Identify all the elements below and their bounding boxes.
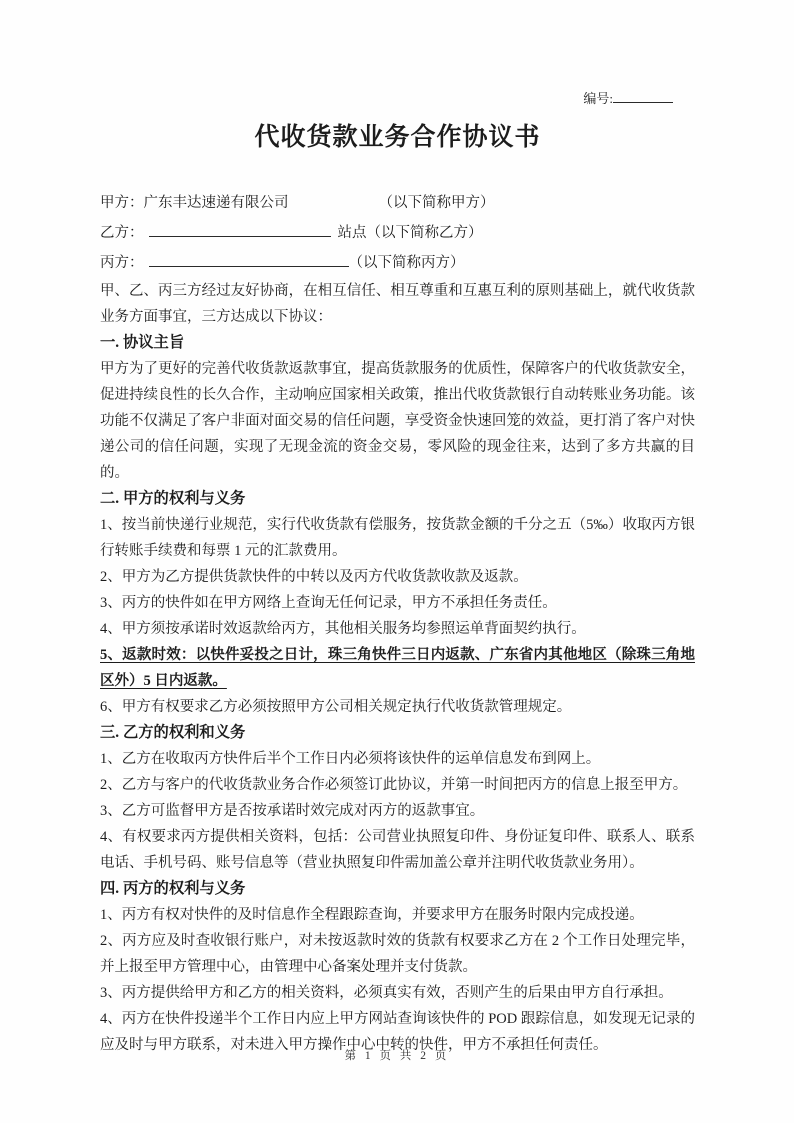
party-c-label: 丙方： [100, 255, 144, 271]
document-title: 代收货款业务合作协议书 [100, 120, 695, 156]
section-3-item-4: 4、有权要求丙方提供相关资料，包括：公司营业执照复印件、身份证复印件、联系人、联… [100, 824, 695, 876]
section-1-heading: 一. 协议主旨 [100, 330, 695, 356]
page-number-footer: 第 1 页 共 2 页 [0, 1047, 794, 1063]
party-b-suffix: 站点（以下简称乙方） [338, 225, 483, 241]
preamble-paragraph: 甲、乙、丙三方经过友好协商，在相互信任、相互尊重和互惠互利的原则基础上，就代收货… [100, 278, 695, 330]
party-b-label: 乙方： [100, 225, 144, 241]
section-2-item-1: 1、按当前快递行业规范，实行代收货款有偿服务，按货款金额的千分之五（5‰）收取丙… [100, 512, 695, 564]
party-b-blank-line [149, 224, 331, 237]
section-1-paragraph: 甲方为了更好的完善代收货款返款事宜，提高货款服务的优质性，保障客户的代收货款安全… [100, 356, 695, 486]
section-4-item-3: 3、丙方提供给甲方和乙方的相关资料，必须真实有效，否则产生的后果由甲方自行承担。 [100, 980, 695, 1006]
section-4-item-1: 1、丙方有权对快件的及时信息作全程跟踪查询，并要求甲方在服务时限内完成投递。 [100, 902, 695, 928]
serial-label: 编号: [583, 91, 613, 106]
section-party-c-rights: 四. 丙方的权利与义务 1、丙方有权对快件的及时信息作全程跟踪查询，并要求甲方在… [100, 876, 695, 1058]
serial-blank-line [613, 90, 673, 103]
party-a-alias: （以下简称甲方） [379, 195, 495, 211]
party-c-suffix: （以下简称丙方） [349, 255, 465, 271]
section-2-item-4: 4、甲方须按承诺时效返款给丙方，其他相关服务均参照运单背面契约执行。 [100, 616, 695, 642]
section-3-item-3: 3、乙方可监督甲方是否按承诺时效完成对丙方的返款事宜。 [100, 798, 695, 824]
section-3-heading: 三. 乙方的权利和义务 [100, 720, 695, 746]
section-4-heading: 四. 丙方的权利与义务 [100, 876, 695, 902]
party-a-line: 甲方：广东丰达速递有限公司（以下简称甲方） [100, 188, 695, 218]
serial-number-line: 编号: [100, 90, 695, 107]
party-c-blank-line [149, 254, 349, 267]
section-party-a-rights: 二. 甲方的权利与义务 1、按当前快递行业规范，实行代收货款有偿服务，按货款金额… [100, 486, 695, 720]
section-2-item-3: 3、丙方的快件如在甲方网络上查询无任何记录，甲方不承担任务责任。 [100, 590, 695, 616]
document-page: 编号: 代收货款业务合作协议书 甲方：广东丰达速递有限公司（以下简称甲方） 乙方… [0, 0, 794, 1123]
section-2-item-5-refund-terms: 5、返款时效：以快件妥投之日计，珠三角快件三日内返款、广东省内其他地区（除珠三角… [100, 642, 695, 694]
party-a-label: 甲方： [100, 195, 144, 211]
section-2-heading: 二. 甲方的权利与义务 [100, 486, 695, 512]
party-a-name: 广东丰达速递有限公司 [144, 195, 289, 211]
party-c-line: 丙方：（以下简称丙方） [100, 248, 695, 278]
party-b-line: 乙方：站点（以下简称乙方） [100, 218, 695, 248]
section-3-item-2: 2、乙方与客户的代收货款业务合作必须签订此协议，并第一时间把丙方的信息上报至甲方… [100, 772, 695, 798]
section-agreement-purpose: 一. 协议主旨 甲方为了更好的完善代收货款返款事宜，提高货款服务的优质性，保障客… [100, 330, 695, 486]
section-2-item-6: 6、甲方有权要求乙方必须按照甲方公司相关规定执行代收货款管理规定。 [100, 694, 695, 720]
section-3-item-1: 1、乙方在收取丙方快件后半个工作日内必须将该快件的运单信息发布到网上。 [100, 746, 695, 772]
section-2-item-2: 2、甲方为乙方提供货款快件的中转以及丙方代收货款收款及返款。 [100, 564, 695, 590]
section-4-item-2: 2、丙方应及时查收银行账户，对未按返款时效的货款有权要求乙方在 2 个工作日处理… [100, 928, 695, 980]
section-party-b-rights: 三. 乙方的权利和义务 1、乙方在收取丙方快件后半个工作日内必须将该快件的运单信… [100, 720, 695, 876]
parties-block: 甲方：广东丰达速递有限公司（以下简称甲方） 乙方：站点（以下简称乙方） 丙方：（… [100, 188, 695, 278]
